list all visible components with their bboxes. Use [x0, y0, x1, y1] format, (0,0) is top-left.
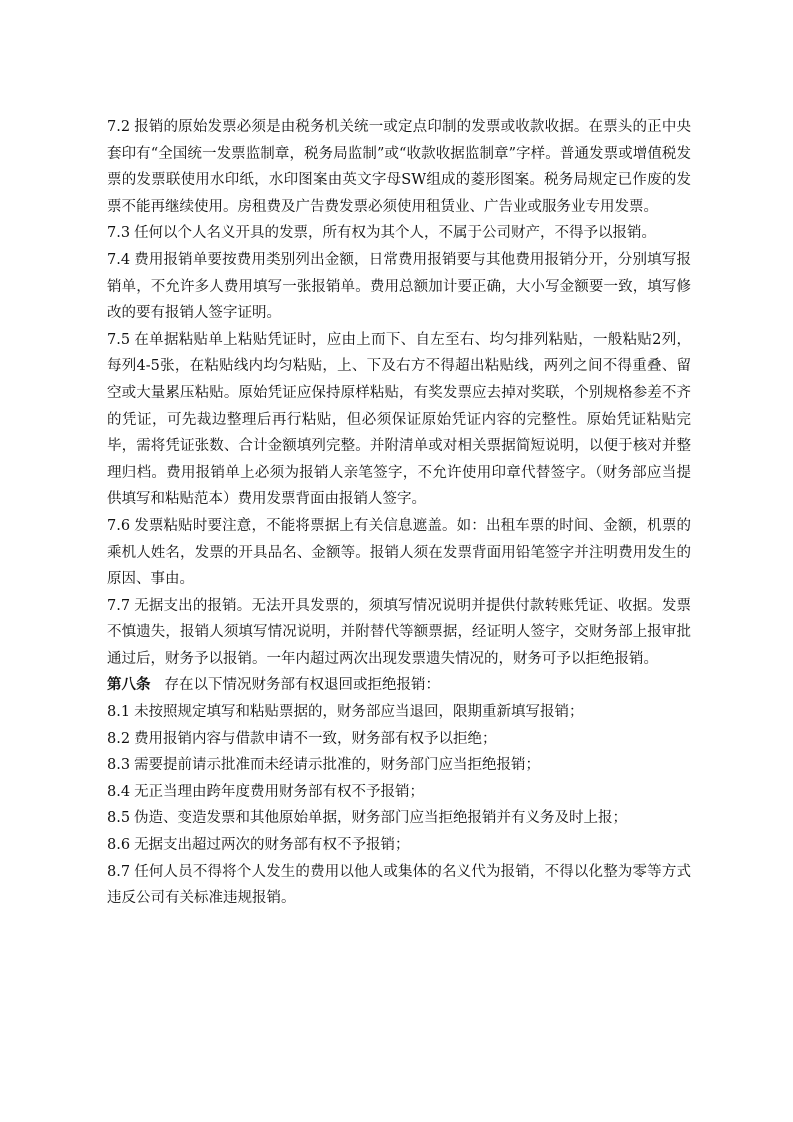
- item-text: 未按照规定填写和粘贴票据的，财务部应当退回，限期重新填写报销；: [134, 704, 584, 720]
- section-number: 7.6: [107, 518, 130, 534]
- section-number: 7.4: [107, 252, 130, 268]
- section-7-7: 7.7无据支出的报销。无法开具发票的，须填写情况说明并提供付款转账凭证、收据。发…: [107, 593, 691, 673]
- section-7-5: 7.5在单据粘贴单上粘贴凭证时，应由上而下、自左至右、均匀排列粘贴，一般粘贴2列…: [107, 327, 691, 513]
- item-8-3: 8.3需要提前请示批准而未经请示批准的，财务部门应当拒绝报销；: [107, 752, 691, 779]
- item-8-5: 8.5伪造、变造发票和其他原始单据，财务部门应当拒绝报销并有义务及时上报；: [107, 805, 691, 832]
- section-number: 7.3: [107, 225, 130, 241]
- section-number: 7.5: [107, 332, 130, 348]
- section-7-6: 7.6发票粘贴时要注意，不能将票据上有关信息遮盖。如：出租车票的时间、金额，机票…: [107, 513, 691, 593]
- item-number: 8.7: [107, 864, 130, 880]
- section-text: 无据支出的报销。无法开具发票的，须填写情况说明并提供付款转账凭证、收据。发票不慎…: [107, 598, 691, 667]
- section-7-4: 7.4费用报销单要按费用类别列出金额，日常费用报销要与其他费用报销分开，分别填写…: [107, 247, 691, 327]
- item-text: 伪造、变造发票和其他原始单据，财务部门应当拒绝报销并有义务及时上报；: [134, 810, 627, 826]
- section-text: 任何以个人名义开具的发票，所有权为其个人，不属于公司财产，不得予以报销。: [134, 225, 656, 241]
- item-8-2: 8.2费用报销内容与借款申请不一致，财务部有权予以拒绝；: [107, 726, 691, 753]
- section-text: 发票粘贴时要注意，不能将票据上有关信息遮盖。如：出租车票的时间、金额，机票的乘机…: [107, 518, 691, 587]
- item-number: 8.6: [107, 837, 130, 853]
- section-number: 7.7: [107, 598, 130, 614]
- article-8-heading: 第八条存在以下情况财务部有权退回或拒绝报销：: [107, 672, 691, 699]
- section-text: 报销的原始发票必须是由税务机关统一或定点印制的发票或收款收据。在票头的正中央套印…: [107, 119, 691, 215]
- item-text: 需要提前请示批准而未经请示批准的，财务部门应当拒绝报销；: [134, 757, 540, 773]
- item-number: 8.4: [107, 784, 130, 800]
- item-number: 8.2: [107, 731, 130, 747]
- section-7-2: 7.2报销的原始发票必须是由税务机关统一或定点印制的发票或收款收据。在票头的正中…: [107, 114, 691, 220]
- item-number: 8.1: [107, 704, 130, 720]
- section-text: 在单据粘贴单上粘贴凭证时，应由上而下、自左至右、均匀排列粘贴，一般粘贴2列，每列…: [107, 332, 691, 508]
- item-text: 无正当理由跨年度费用财务部有权不予报销；: [134, 784, 424, 800]
- item-8-4: 8.4无正当理由跨年度费用财务部有权不予报销；: [107, 779, 691, 806]
- article-intro: 存在以下情况财务部有权退回或拒绝报销：: [165, 677, 441, 693]
- article-title: 第八条: [107, 676, 151, 693]
- section-7-3: 7.3任何以个人名义开具的发票，所有权为其个人，不属于公司财产，不得予以报销。: [107, 220, 691, 247]
- section-number: 7.2: [107, 119, 130, 135]
- section-text: 费用报销单要按费用类别列出金额，日常费用报销要与其他费用报销分开，分别填写报销单…: [107, 252, 691, 321]
- item-8-6: 8.6无据支出超过两次的财务部有权不予报销；: [107, 832, 691, 859]
- document-page: 7.2报销的原始发票必须是由税务机关统一或定点印制的发票或收款收据。在票头的正中…: [107, 114, 691, 912]
- item-number: 8.5: [107, 810, 130, 826]
- item-number: 8.3: [107, 757, 130, 773]
- item-text: 任何人员不得将个人发生的费用以他人或集体的名义代为报销，不得以化整为零等方式违反…: [107, 864, 691, 907]
- item-text: 费用报销内容与借款申请不一致，财务部有权予以拒绝；: [134, 731, 497, 747]
- item-8-7: 8.7任何人员不得将个人发生的费用以他人或集体的名义代为报销，不得以化整为零等方…: [107, 859, 691, 912]
- item-8-1: 8.1未按照规定填写和粘贴票据的，财务部应当退回，限期重新填写报销；: [107, 699, 691, 726]
- item-text: 无据支出超过两次的财务部有权不予报销；: [134, 837, 410, 853]
